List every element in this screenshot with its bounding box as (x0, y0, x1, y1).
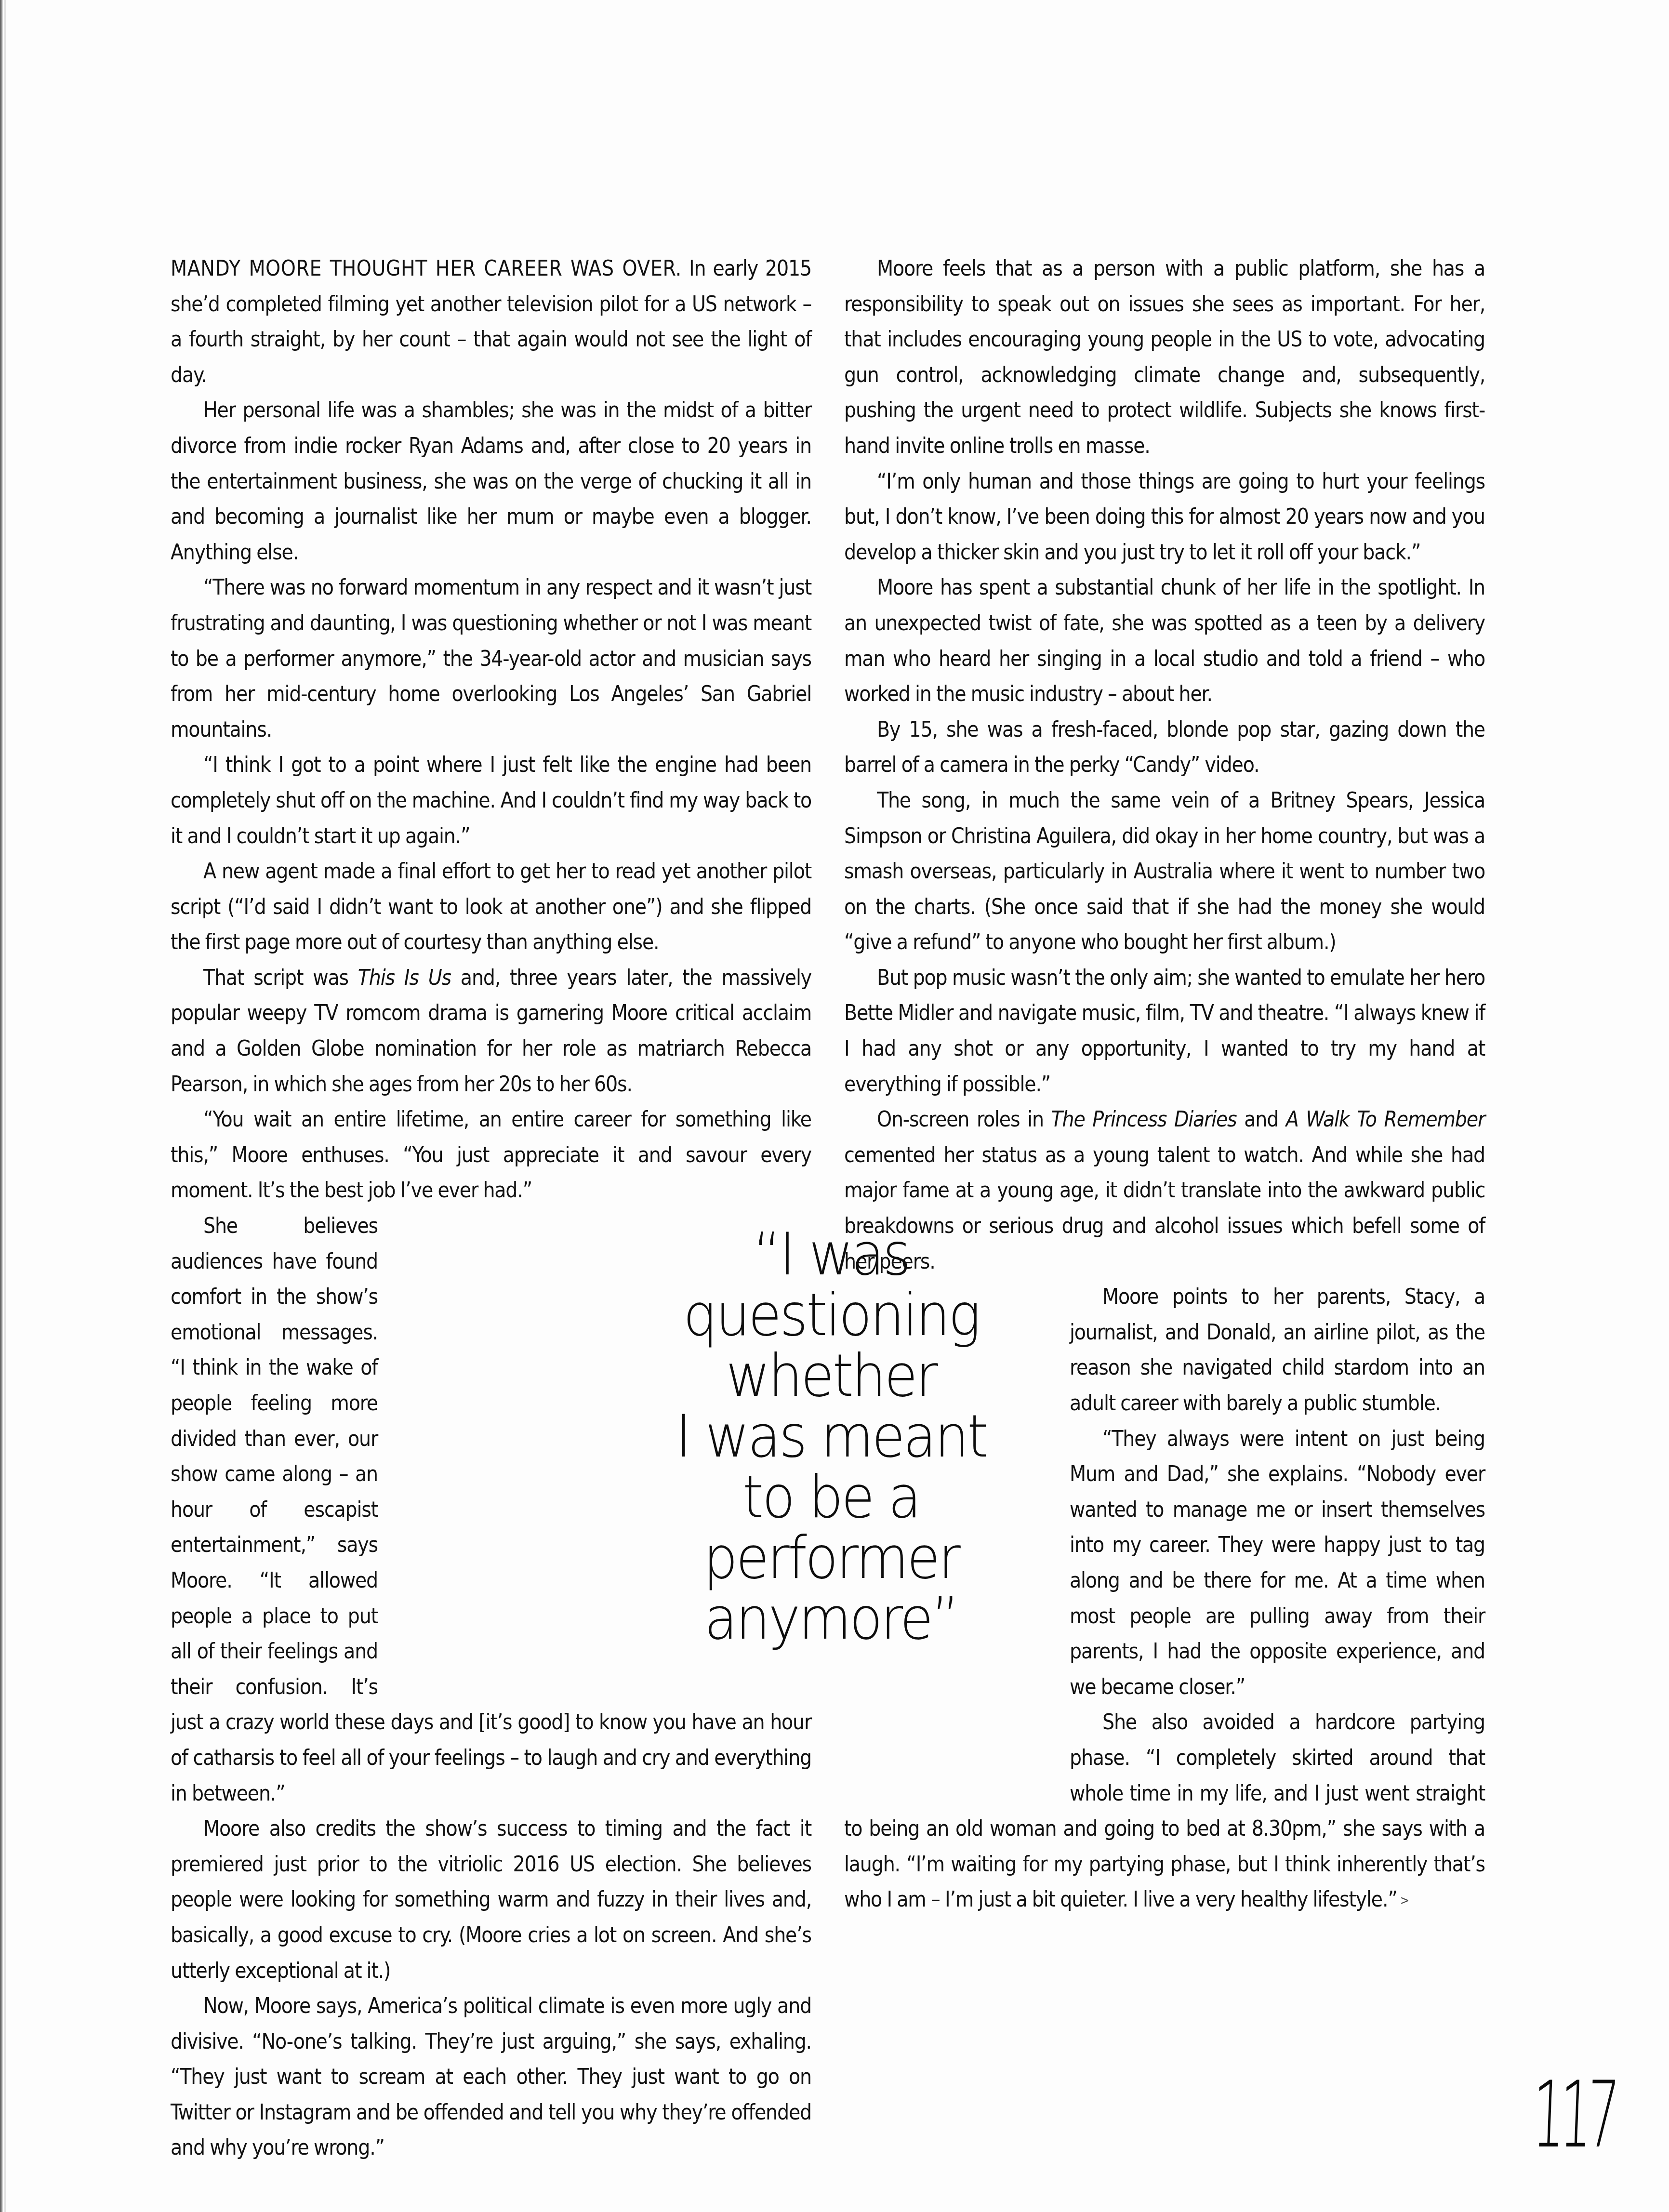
article-left-column: MANDY MOORE THOUGHT HER CAREER WAS OVER.… (171, 251, 811, 2166)
page-spine-edge (0, 0, 3, 2212)
pull-quote-line: questioning (643, 1285, 1020, 1345)
paragraph: “You wait an entire lifetime, an entire … (171, 1102, 811, 1208)
page-spine-line (4, 0, 6, 2212)
text: and (1237, 1107, 1286, 1132)
pull-quote-line: whether (643, 1345, 1020, 1406)
paragraph: That script was This Is Us and, three ye… (171, 960, 811, 1102)
show-title: This Is Us (358, 966, 451, 990)
paragraph: By 15, she was a fresh-faced, blonde pop… (844, 712, 1485, 783)
paragraph: Now, Moore says, America’s political cli… (171, 1988, 811, 2166)
paragraph: “There was no forward momentum in any re… (171, 570, 811, 747)
pull-quote-line: “I was (643, 1224, 1020, 1285)
pull-quote-line: I was meant (643, 1406, 1020, 1467)
paragraph-lead: MANDY MOORE THOUGHT HER CAREER WAS OVER.… (171, 251, 811, 393)
paragraph: “I think I got to a point where I just f… (171, 747, 811, 854)
paragraph: Moore has spent a substantial chunk of h… (844, 570, 1485, 712)
end-of-article-mark: > (1400, 1894, 1409, 1908)
paragraph: But pop music wasn’t the only aim; she w… (844, 960, 1485, 1102)
pull-quote-line: anymore” (643, 1588, 1020, 1649)
pull-quote: “I was questioning whether I was meant t… (643, 1224, 1020, 1649)
article-right-column: Moore feels that as a person with a publ… (844, 251, 1485, 1919)
paragraph: The song, in much the same vein of a Bri… (844, 783, 1485, 960)
film-title: A Walk To Remember (1286, 1107, 1485, 1132)
paragraph: Moore feels that as a person with a publ… (844, 251, 1485, 464)
page-number: 117 (1531, 2067, 1616, 2163)
pull-quote-line: performer (643, 1527, 1020, 1588)
pull-quote-line: to be a (643, 1467, 1020, 1527)
paragraph: “I’m only human and those things are goi… (844, 464, 1485, 570)
film-title: The Princess Diaries (1051, 1107, 1237, 1132)
paragraph: A new agent made a final effort to get h… (171, 854, 811, 960)
text: On-screen roles in (877, 1107, 1051, 1132)
lead-caps: MANDY MOORE THOUGHT HER CAREER WAS OVER. (171, 256, 682, 281)
text: That script was (203, 966, 358, 990)
paragraph: Her personal life was a shambles; she wa… (171, 393, 811, 570)
paragraph: Moore also credits the show’s success to… (171, 1811, 811, 1988)
